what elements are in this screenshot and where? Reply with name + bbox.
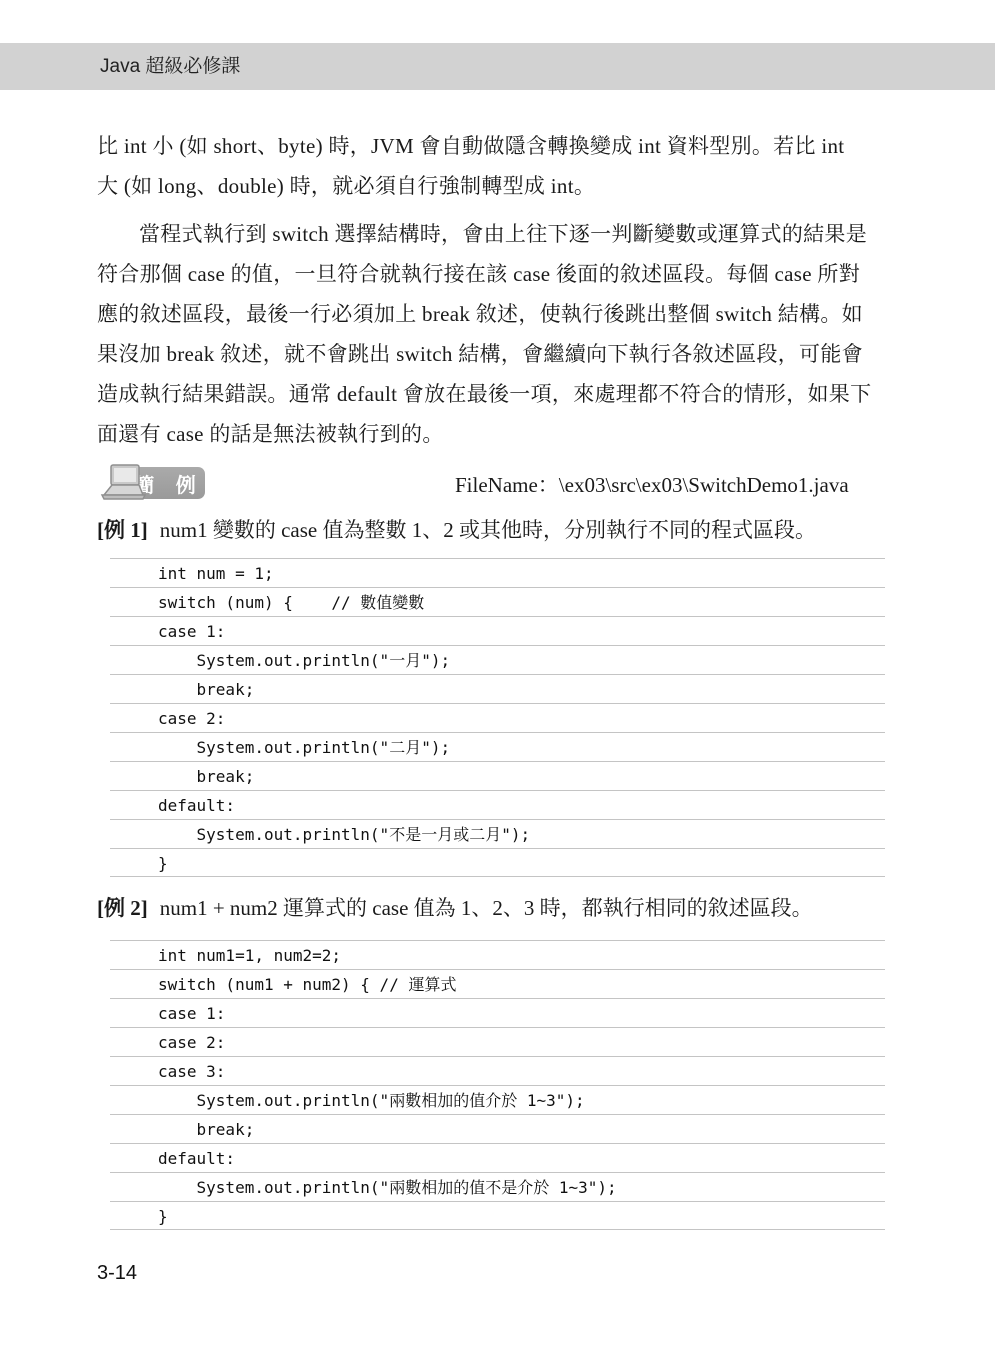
paragraph-line: 符合那個 case 的值，一旦符合就執行接在該 case 後面的敘述區段。每個 … [97, 254, 905, 294]
example1-description: num1 變數的 case 值為整數 1、2 或其他時，分別執行不同的程式區段。 [160, 518, 816, 542]
paragraph-int-conversion: 比 int 小 (如 short、byte) 時，JVM 會自動做隱含轉換變成 … [97, 126, 905, 206]
code-line: int num1=1, num2=2; [110, 940, 885, 969]
code-line: System.out.println("二月"); [110, 732, 885, 761]
code-line: break; [110, 761, 885, 790]
code-line: case 3: [110, 1056, 885, 1085]
code-line: case 1: [110, 998, 885, 1027]
code-line: break; [110, 1114, 885, 1143]
book-title: Java 超級必修課 [100, 43, 240, 90]
code-listing-example2: int num1=1, num2=2;switch (num1 + num2) … [110, 940, 885, 1230]
code-line: default: [110, 1143, 885, 1172]
paragraph-line: 面還有 case 的話是無法被執行到的。 [97, 414, 905, 454]
paragraph-line: 比 int 小 (如 short、byte) 時，JVM 會自動做隱含轉換變成 … [97, 126, 905, 166]
paragraph-line: 果沒加 break 敘述，就不會跳出 switch 結構，會繼續向下執行各敘述區… [97, 334, 905, 374]
paragraph-line: 造成執行結果錯誤。通常 default 會放在最後一項，來處理都不符合的情形，如… [97, 374, 905, 414]
example-header-row: 簡 例 FileName：\ex03\src\ex03\SwitchDemo1.… [97, 463, 905, 507]
code-listing-example1: int num = 1;switch (num) { // 數值變數case 1… [110, 558, 885, 877]
code-line: } [110, 848, 885, 877]
laptop-icon [99, 463, 147, 505]
example1-label: [例 1]num1 變數的 case 值為整數 1、2 或其他時，分別執行不同的… [97, 514, 905, 544]
code-line: case 2: [110, 703, 885, 732]
page-header-bar: Java 超級必修課 [0, 43, 995, 90]
paragraph-line: 當程式執行到 switch 選擇結構時，會由上往下逐一判斷變數或運算式的結果是 [97, 214, 905, 254]
code-line: case 1: [110, 616, 885, 645]
example1-tag: [例 1] [97, 518, 148, 542]
page-number: 3-14 [97, 1262, 137, 1285]
code-line: System.out.println("一月"); [110, 645, 885, 674]
paragraph-switch-explanation: 當程式執行到 switch 選擇結構時，會由上往下逐一判斷變數或運算式的結果是符… [97, 214, 905, 454]
example-badge: 簡 例 [119, 467, 205, 499]
code-line: System.out.println("不是一月或二月"); [110, 819, 885, 848]
code-line: switch (num1 + num2) { // 運算式 [110, 969, 885, 998]
code-line: int num = 1; [110, 558, 885, 587]
code-line: switch (num) { // 數值變數 [110, 587, 885, 616]
example2-label: [例 2]num1 + num2 運算式的 case 值為 1、2、3 時，都執… [97, 892, 905, 922]
code-line: } [110, 1201, 885, 1230]
paragraph-line: 大 (如 long、double) 時，就必須自行強制轉型成 int。 [97, 166, 905, 206]
example2-tag: [例 2] [97, 896, 148, 920]
code-line: case 2: [110, 1027, 885, 1056]
code-line: break; [110, 674, 885, 703]
code-line: default: [110, 790, 885, 819]
paragraph-line: 應的敘述區段，最後一行必須加上 break 敘述，使執行後跳出整個 switch… [97, 294, 905, 334]
example2-description: num1 + num2 運算式的 case 值為 1、2、3 時，都執行相同的敘… [160, 896, 813, 920]
code-line: System.out.println("兩數相加的值不是介於 1~3"); [110, 1172, 885, 1201]
code-line: System.out.println("兩數相加的值介於 1~3"); [110, 1085, 885, 1114]
example-filename: FileName：\ex03\src\ex03\SwitchDemo1.java [455, 469, 849, 499]
